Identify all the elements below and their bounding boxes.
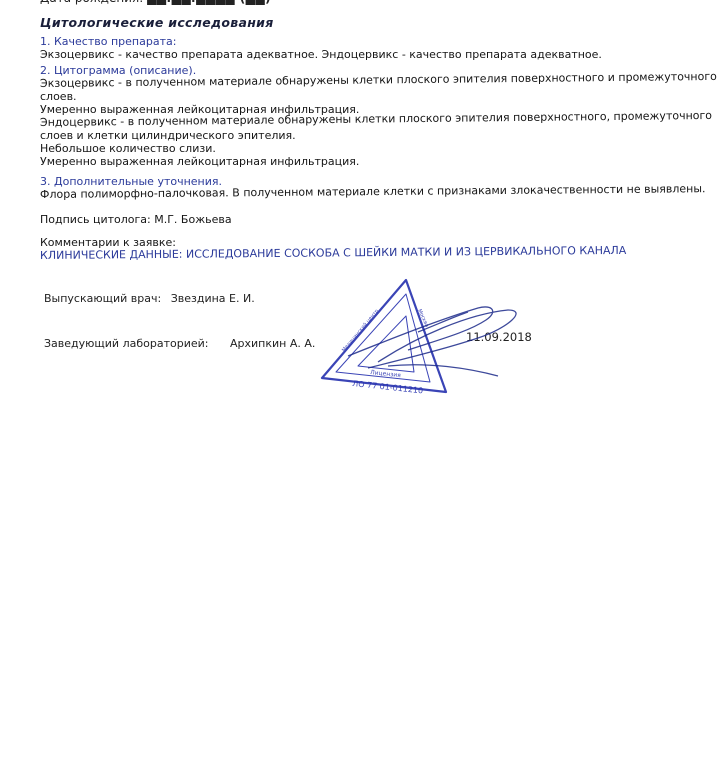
item-heading-quality: 1. Качество препарата: bbox=[40, 35, 176, 48]
item-line: Небольшое количество слизи. bbox=[40, 142, 216, 155]
issuing-doctor-name: Звездина Е. И. bbox=[171, 292, 255, 305]
stamp-license-number: ЛО 77 01-011210 bbox=[352, 379, 424, 395]
item-line: слоев и клетки цилиндрического эпителия. bbox=[40, 129, 296, 142]
triangle-stamp-icon: ЛО 77 01-011210 Лицензия Медицинский цен… bbox=[318, 270, 518, 400]
item-line: слоев. bbox=[40, 90, 77, 103]
issuing-doctor-row: Выпускающий врач: Звездина Е. И. bbox=[44, 292, 255, 305]
lab-report-page: Дата рождения: ██.██.████ (██) Цитологич… bbox=[0, 0, 726, 770]
section-title: Цитологические исследования bbox=[40, 15, 274, 30]
item-line: Экзоцервикс - качество препарата адекват… bbox=[40, 48, 602, 61]
birth-date-label: Дата рождения: bbox=[40, 0, 143, 5]
birth-date-header: Дата рождения: ██.██.████ (██) bbox=[40, 0, 271, 5]
lab-head-label: Заведующий лабораторией: bbox=[44, 337, 208, 350]
lab-head-row: Заведующий лабораторией: Архипкин А. А. bbox=[44, 337, 315, 350]
svg-text:Медицинский центр: Медицинский центр bbox=[340, 308, 380, 354]
item-line: Умеренно выраженная лейкоцитарная инфиль… bbox=[40, 155, 359, 168]
cytologist-signature: Подпись цитолога: М.Г. Божьева bbox=[40, 213, 232, 226]
lab-head-name: Архипкин А. А. bbox=[230, 337, 315, 350]
birth-date-value: ██.██.████ (██) bbox=[147, 0, 271, 5]
issuing-doctor-label: Выпускающий врач: bbox=[44, 292, 161, 305]
